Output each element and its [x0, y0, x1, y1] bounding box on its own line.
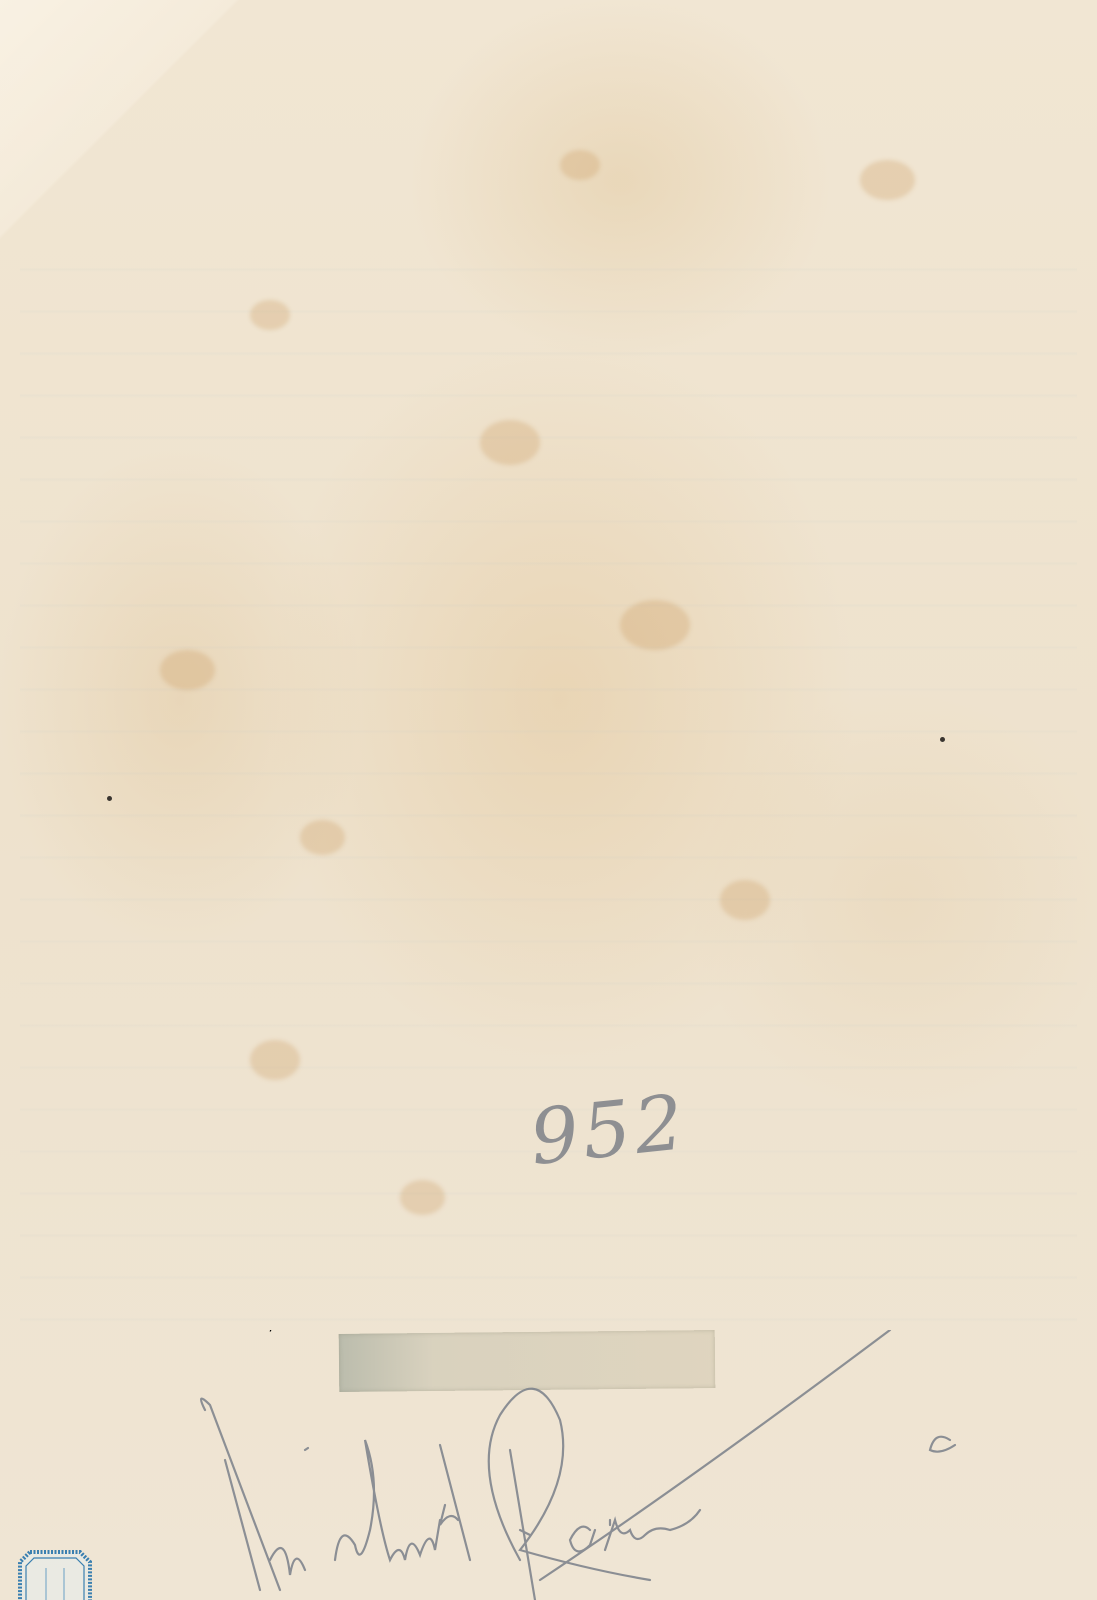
pencil-signature: Dédicace / R. Roime	[190, 1330, 990, 1600]
foxing-spot	[560, 150, 600, 180]
svg-text:Dédicace / R. Roime: Dédicace / R. Roime	[190, 1330, 354, 1334]
foxing-spot	[160, 650, 215, 690]
pencil-inventory-number: 952	[526, 1077, 692, 1182]
collection-stamp-icon	[16, 1548, 94, 1600]
foxing-spot	[300, 820, 345, 855]
ink-speck	[940, 737, 945, 742]
foxing-spot	[620, 600, 690, 650]
corner-crease	[0, 0, 240, 240]
foxing-spot	[400, 1180, 445, 1215]
ink-speck	[107, 796, 112, 801]
foxing-spot	[860, 160, 915, 200]
foxing-spot	[720, 880, 770, 920]
foxing-spot	[250, 1040, 300, 1080]
foxing-spot	[250, 300, 290, 330]
foxing-spot	[480, 420, 540, 465]
